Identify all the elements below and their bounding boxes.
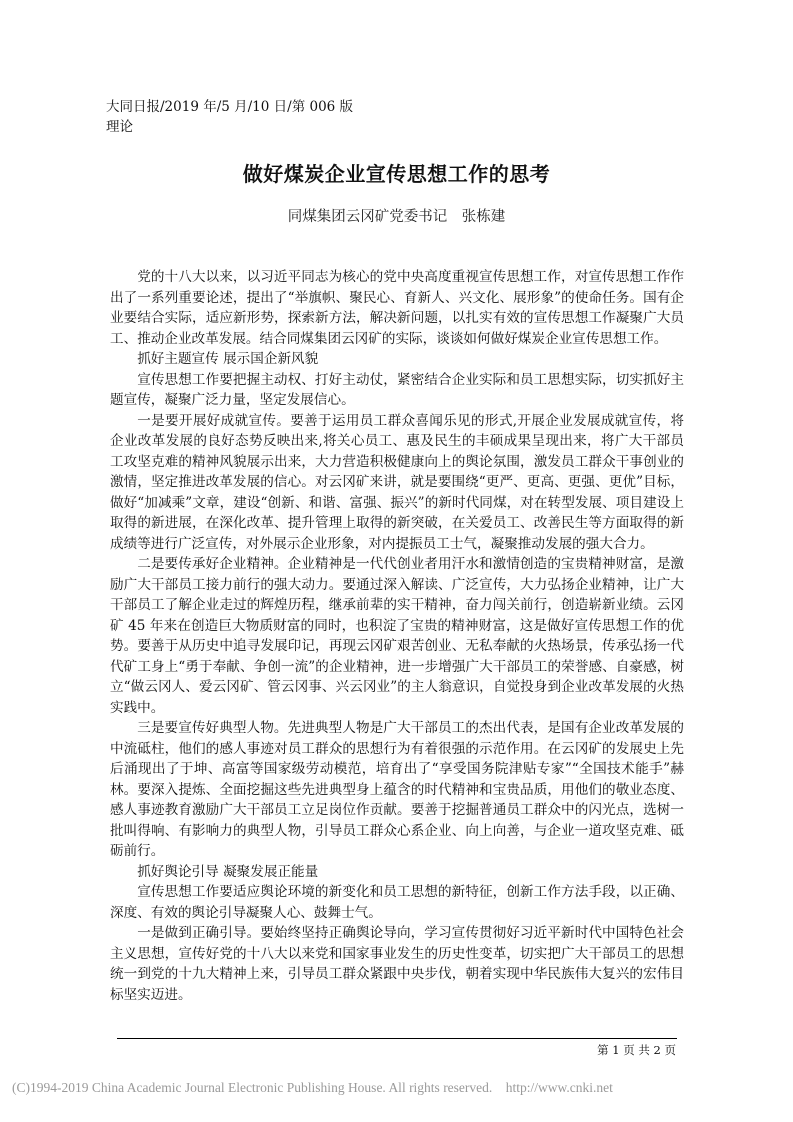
section-label: 理论 bbox=[106, 117, 353, 137]
section-heading: 抓好主题宣传 展示国企新风貌 bbox=[110, 349, 684, 370]
paragraph: 宣传思想工作要适应舆论环境的新变化和员工思想的新特征，创新工作方法手段，以正确、… bbox=[110, 882, 684, 923]
paragraph: 一是要开展好成就宣传。要善于运用员工群众喜闻乐见的形式,开展企业发展成就宣传，将… bbox=[110, 411, 684, 555]
footer-divider bbox=[117, 1038, 677, 1039]
article-byline: 同煤集团云冈矿党委书记 张栋建 bbox=[0, 205, 793, 226]
paragraph: 宣传思想工作要把握主动权、打好主动仗，紧密结合企业实际和员工思想实际，切实抓好主… bbox=[110, 370, 684, 411]
paragraph: 三是要宣传好典型人物。先进典型人物是广大干部员工的杰出代表，是国有企业改革发展的… bbox=[110, 718, 684, 862]
source-line: 大同日报/2019 年/5 月/10 日/第 006 版 bbox=[106, 97, 353, 117]
copyright-notice: (C)1994-2019 China Academic Journal Elec… bbox=[12, 1080, 613, 1096]
paragraph: 二是要传承好企业精神。企业精神是一代代创业者用汗水和激情创造的宝贵精神财富，是激… bbox=[110, 554, 684, 718]
article-title: 做好煤炭企业宣传思想工作的思考 bbox=[0, 158, 793, 187]
page-indicator: 第 1 页 共 2 页 bbox=[597, 1042, 676, 1058]
paragraph: 一是做到正确引导。要始终坚持正确舆论导向，学习宣传贯彻好习近平新时代中国特色社会… bbox=[110, 923, 684, 1005]
paragraph-intro: 党的十八大以来，以习近平同志为核心的党中央高度重视宣传思想工作，对宣传思想工作作… bbox=[110, 267, 684, 349]
section-heading: 抓好舆论引导 凝聚发展正能量 bbox=[110, 862, 684, 883]
publication-header: 大同日报/2019 年/5 月/10 日/第 006 版 理论 bbox=[106, 97, 353, 137]
article-body: 党的十八大以来，以习近平同志为核心的党中央高度重视宣传思想工作，对宣传思想工作作… bbox=[110, 267, 684, 1005]
